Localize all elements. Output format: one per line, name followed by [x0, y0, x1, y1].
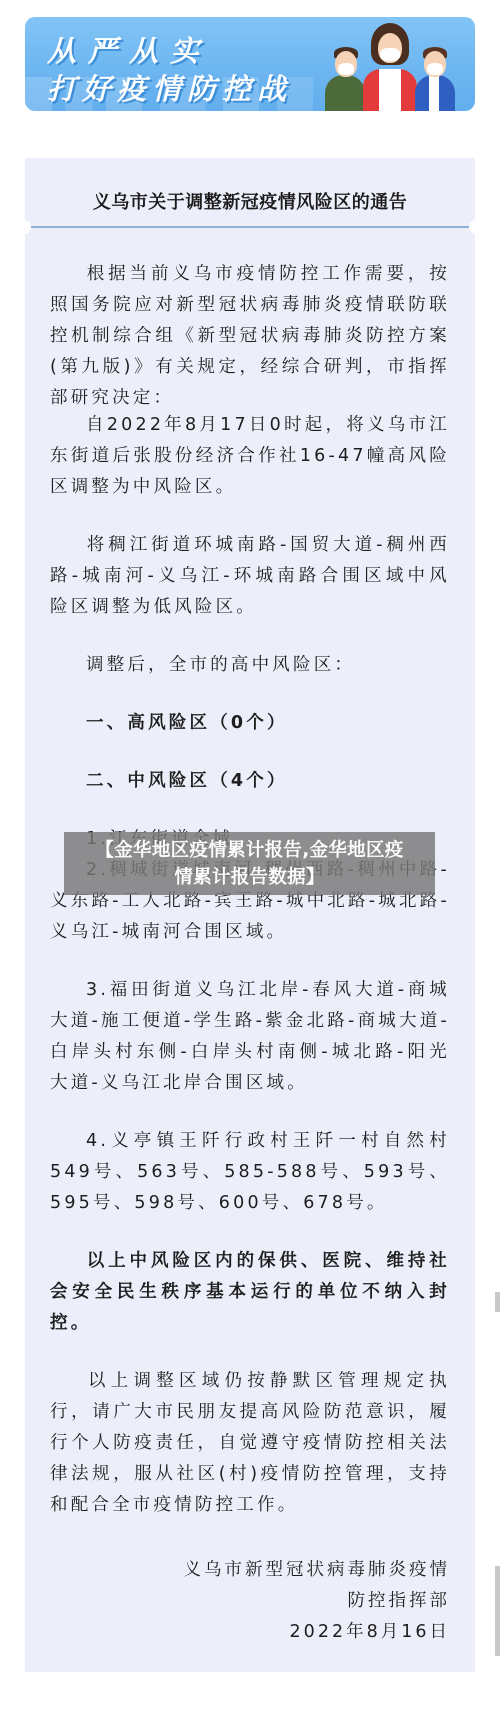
signature-date: 2022年8月16日 — [290, 1617, 450, 1648]
overlay-line1: 【金华地区疫情累计报告,金华地区疫 — [64, 837, 435, 864]
divider-notch-left — [19, 220, 31, 234]
campaign-banner: 从严从实 打好疫情防控战 — [25, 17, 475, 111]
notice-card: 义乌市关于调整新冠疫情风险区的通告 根据当前义乌市疫情防控工作需要，按照国务院应… — [25, 158, 475, 1672]
section-medium-risk: 二、中风险区（4个） — [50, 766, 450, 797]
summary-lead: 调整后，全市的高中风险区： — [50, 650, 450, 681]
section-high-risk: 一、高风险区（0个） — [50, 708, 450, 739]
medium-risk-item-4: 4.义亭镇王阡行政村王阡一村自然村549号、563号、585-588号、593号… — [50, 1126, 450, 1219]
adjustment-paragraph-2: 将稠江街道环城南路-国贸大道-稠州西路-城南河-义乌江-环城南路合围区域中风险区… — [50, 530, 450, 623]
scrollbar-thumb-upper[interactable] — [495, 1292, 500, 1312]
divider-notch-right — [469, 220, 481, 234]
banner-slogan-line2: 打好疫情防控战 — [47, 67, 292, 108]
intro-paragraph: 根据当前义乌市疫情防控工作需要，按照国务院应对新型冠状病毒肺炎疫情联防联控机制综… — [50, 259, 450, 414]
medium-risk-item-3: 3.福田街道义乌江北岸-春风大道-商城大道-施工便道-学生路-紫金北路-商城大道… — [50, 975, 450, 1099]
closing-paragraph: 以上调整区域仍按静默区管理规定执行，请广大市民朋友提高风险防范意识，履行个人防疫… — [50, 1366, 450, 1521]
adjustment-paragraph-1: 自2022年8月17日0时起，将义乌市江东街道后张股份经济合作社16-47幢高风… — [50, 410, 450, 503]
scrollbar-thumb-lower[interactable] — [495, 1566, 500, 1656]
notice-title: 义乌市关于调整新冠疫情风险区的通告 — [25, 188, 475, 214]
signature-org-line2: 防控指挥部 — [348, 1586, 451, 1617]
signature-org-line1: 义乌市新型冠状病毒肺炎疫情 — [184, 1555, 451, 1586]
overlay-line2: 情累计报告数据】 — [64, 864, 435, 891]
exemption-note: 以上中风险区内的保供、医院、维持社会安全民生秩序基本运行的单位不纳入封控。 — [50, 1246, 450, 1339]
masked-people-illustration — [325, 23, 455, 111]
article-title-overlay: 【金华地区疫情累计报告,金华地区疫 情累计报告数据】 — [64, 832, 435, 895]
banner-slogan-line1: 从严从实 — [47, 29, 211, 70]
title-divider — [31, 226, 469, 228]
